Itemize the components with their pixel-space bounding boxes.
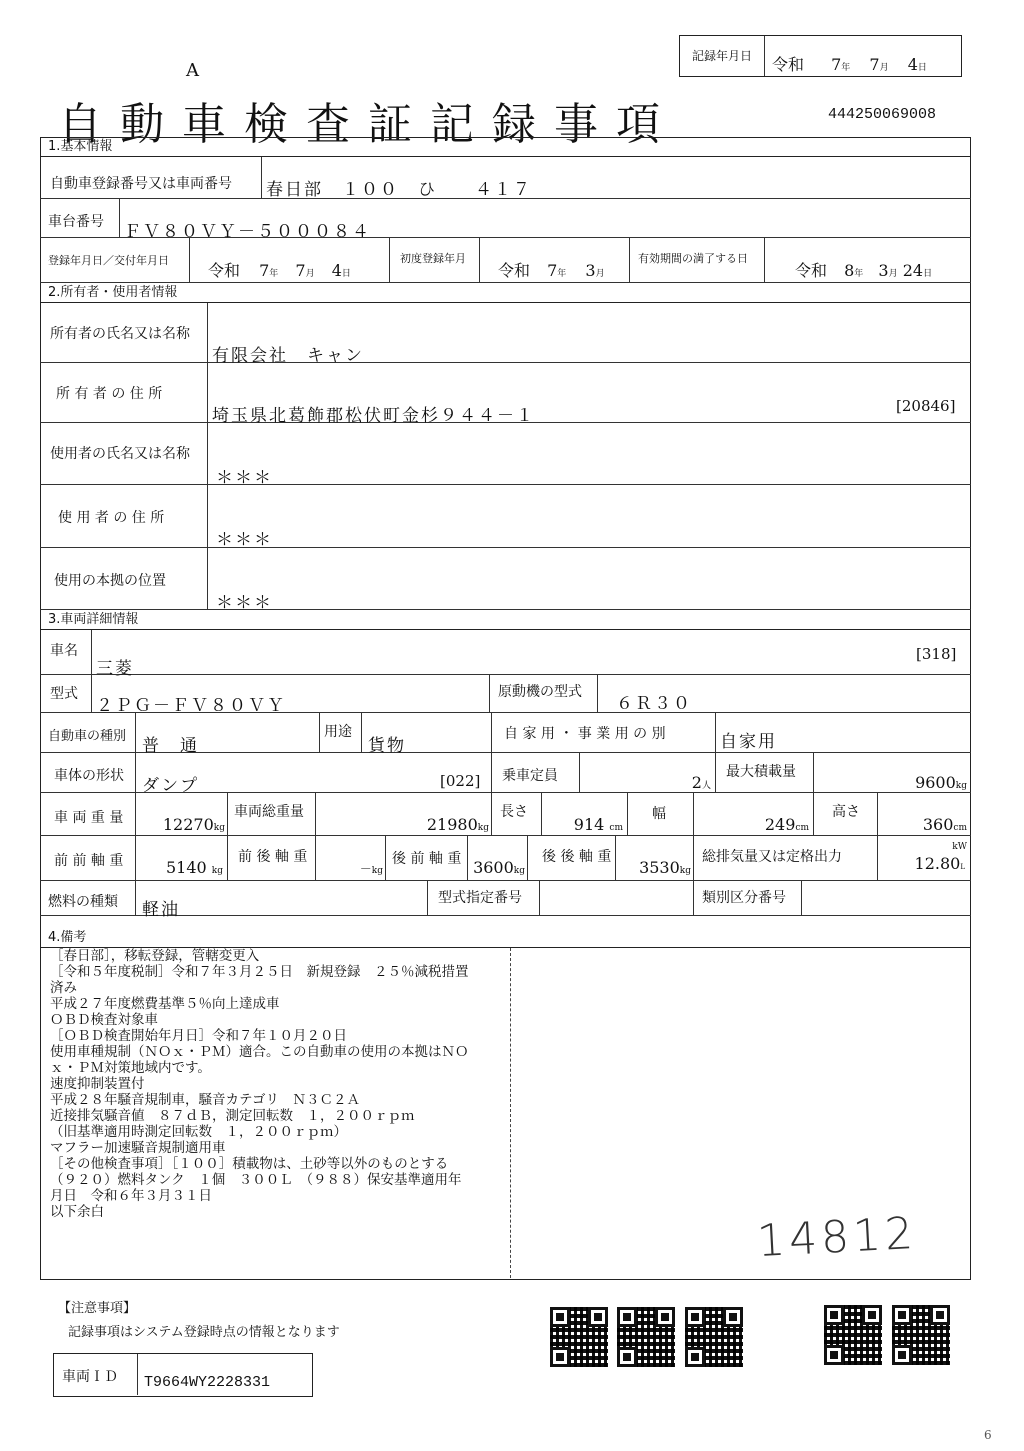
month: 7 — [869, 55, 879, 74]
expiry-date: 令和 8年 3月 24日 — [765, 238, 971, 283]
record-date-label: 記録年月日 — [680, 36, 765, 76]
reg-number-label: 自動車登録番号又は車両番号 — [40, 157, 262, 199]
vehicle-id-box: 車両ＩＤ T9664WY2228331 — [53, 1353, 313, 1397]
maker-code: [318] — [916, 645, 956, 663]
year: 7 — [259, 261, 269, 280]
unit: kg — [514, 866, 525, 876]
unit: kg — [956, 781, 967, 791]
remark-line: 近接排気騒音値 ８７ｄＢ，測定回転数 １，２００ｒｐｍ — [50, 1108, 510, 1124]
gross-weight-label: 車両総重量 — [228, 793, 316, 836]
type-designation-label: 型式指定番号 — [428, 881, 540, 916]
first-reg-date: 令和 7年 3月 — [480, 238, 630, 283]
remark-line: （旧基準適用時測定回転数 １，２００ｒｐｍ） — [50, 1124, 510, 1140]
displacement-label: 総排気量又は定格出力 — [694, 836, 878, 881]
era: 令和 — [498, 261, 530, 280]
body-shape-code: [022] — [440, 772, 480, 790]
section-basic-info-title: 1.基本情報 — [40, 137, 970, 157]
remark-line: 月日 令和６年３月３１日 — [50, 1188, 510, 1204]
reg-date: 令和 7年 7月 4日 — [190, 238, 390, 283]
remark-line: ［ＯＢＤ検査開始年月日］令和７年１０月２０日 — [50, 1028, 510, 1044]
base-location-label: 使用の本拠の位置 — [40, 548, 208, 610]
remark-line: 速度抑制装置付 — [50, 1076, 510, 1092]
unit: 年 — [854, 269, 863, 279]
unit: kg — [680, 866, 691, 876]
unit: 年 — [841, 63, 850, 73]
owner-name-label: 所有者の氏名又は名称 — [40, 303, 208, 363]
rr-axle-value: 3530 — [639, 858, 680, 877]
day: 24 — [903, 261, 923, 280]
type-designation — [540, 881, 694, 916]
record-date: 令和 7年 7月 4日 — [772, 52, 927, 75]
engine-label: 原動機の型式 — [490, 675, 598, 713]
rr-axle-weight: 3530kg — [616, 836, 694, 881]
vehicle-weight: 12270kg — [136, 793, 228, 836]
unit: kg — [478, 823, 489, 833]
remarks-divider — [510, 948, 511, 1278]
fuel-label: 燃料の種類 — [40, 881, 136, 916]
remark-line: 済み — [50, 980, 510, 996]
notes-title: 【注意事項】 — [58, 1297, 136, 1316]
year: 7 — [547, 261, 557, 280]
capacity-value: 2 — [692, 773, 702, 792]
vehicle-id-label: 車両ＩＤ — [54, 1354, 138, 1395]
class-number-label: 類別区分番号 — [694, 881, 802, 916]
model-label: 型式 — [40, 675, 92, 713]
fr-axle-label: 前 後 軸 重 — [228, 836, 316, 881]
remark-line: 使用車種規制（ＮＯｘ・ＰＭ）適合。この自動車の使用の本拠はＮＯ — [50, 1044, 510, 1060]
length: 914 cm — [542, 793, 628, 836]
section-remarks-title: 4.備考 — [40, 928, 970, 948]
maker-label: 車名 — [40, 630, 92, 675]
fr-axle-value: － — [360, 862, 372, 876]
chassis-label: 車台番号 — [40, 199, 120, 238]
month: 3 — [585, 261, 595, 280]
ff-axle-label: 前 前 軸 重 — [40, 836, 136, 881]
unit: 日 — [923, 269, 932, 279]
length-value: 914 — [574, 815, 605, 834]
width-label: 幅 — [628, 793, 694, 836]
body-shape: ダンプ — [136, 753, 492, 793]
unit: 日 — [342, 269, 351, 279]
month: 7 — [295, 261, 305, 280]
displacement: kW 12.80L — [878, 836, 971, 881]
max-load: 9600kg — [814, 753, 971, 793]
gross-value: 21980 — [427, 815, 478, 834]
remark-line: （９２０）燃料タンク １個 ３００Ｌ （９８８）保安基準適用年 — [50, 1172, 510, 1188]
remark-line: 平成２７年度燃費基準５％向上達成車 — [50, 996, 510, 1012]
expiry-label: 有効期間の満了する日 — [630, 238, 765, 283]
weight-value: 12270 — [163, 815, 214, 834]
document-number: 444250069008 — [828, 106, 936, 123]
owner-name: 有限会社 キャン — [208, 303, 971, 363]
remark-line: ｘ・ＰＭ対策地域内です。 — [50, 1060, 510, 1076]
class-number — [802, 881, 971, 916]
rr-axle-label: 後 後 軸 重 — [528, 836, 616, 881]
engine-model: ６Ｒ３０ — [598, 675, 971, 713]
body-shape-label: 車体の形状 — [40, 753, 136, 793]
owner-address-label: 所 有 者 の 住 所 — [40, 363, 208, 423]
year: 7 — [831, 55, 841, 74]
era: 令和 — [208, 261, 240, 280]
kind-label: 自動車の種別 — [40, 713, 136, 753]
unit-kw: kW — [952, 842, 967, 852]
remark-line: ＯＢＤ検査対象車 — [50, 1012, 510, 1028]
qr-code-2 — [617, 1307, 675, 1367]
width: 249cm — [694, 793, 814, 836]
base-location: ＊＊＊ — [208, 548, 971, 610]
unit: kg — [372, 866, 383, 876]
unit: kg — [212, 866, 223, 876]
unit: cm — [953, 823, 967, 833]
user-name-label: 使用者の氏名又は名称 — [40, 423, 208, 485]
rf-axle-weight: 3600kg — [468, 836, 528, 881]
unit: 月 — [889, 269, 898, 279]
height: 360cm — [878, 793, 971, 836]
height-label: 高さ — [814, 793, 878, 836]
ff-axle-weight: 5140 kg — [136, 836, 228, 881]
unit: 人 — [702, 781, 711, 791]
qr-code-1 — [550, 1307, 608, 1367]
width-value: 249 — [765, 815, 796, 834]
use-label: 用途 — [320, 713, 362, 753]
rf-axle-label: 後 前 軸 重 — [386, 836, 468, 881]
unit: kg — [214, 823, 225, 833]
capacity: 2人 — [580, 753, 716, 793]
gross-weight: 21980kg — [316, 793, 492, 836]
private-business: 自家用 — [716, 713, 971, 753]
fuel-type: 軽油 — [136, 881, 428, 916]
qr-code-5 — [892, 1305, 950, 1365]
era: 令和 — [795, 261, 827, 280]
page-mark: 6 — [984, 1428, 992, 1442]
day: 4 — [332, 261, 342, 280]
vehicle-id: T9664WY2228331 — [144, 1374, 270, 1391]
first-reg-label: 初度登録年月 — [390, 238, 480, 283]
month: 3 — [878, 261, 888, 280]
remark-line: ［その他検査事項］［１００］積載物は、土砂等以外のものとする — [50, 1156, 510, 1172]
record-date-box: 記録年月日 令和 7年 7月 4日 — [679, 35, 962, 77]
kind: 普 通 — [136, 713, 320, 753]
section-vehicle-detail-title: 3.車両詳細情報 — [40, 610, 970, 630]
owner-address: 埼玉県北葛飾郡松伏町金杉９４４－１ — [208, 363, 971, 423]
max-load-label: 最大積載量 — [716, 753, 814, 793]
capacity-label: 乗車定員 — [492, 753, 580, 793]
qr-code-4 — [824, 1305, 882, 1365]
rf-axle-value: 3600 — [473, 858, 514, 877]
remark-line: 平成２８年騒音規制車，騒音カテゴリ Ｎ３Ｃ２Ａ — [50, 1092, 510, 1108]
unit: 月 — [596, 269, 605, 279]
fr-axle-weight: －kg — [316, 836, 386, 881]
remark-line: ［令和５年度税制］令和７年３月２５日 新規登録 ２５％減税措置 — [50, 964, 510, 980]
remark-line: 以下余白 — [50, 1204, 510, 1220]
handwritten-number: 14812 — [756, 1208, 918, 1267]
year: 8 — [844, 261, 854, 280]
unit: 年 — [269, 269, 278, 279]
user-address-label: 使 用 者 の 住 所 — [40, 485, 208, 548]
unit: cm — [795, 823, 809, 833]
unit: cm — [609, 823, 623, 833]
unit: 年 — [557, 269, 566, 279]
unit-liter: L — [960, 863, 965, 871]
model: ２ＰＧ－ＦＶ８０ＶＹ — [92, 675, 490, 713]
chassis-number: ＦＶ８０ＶＹ－５０００８４ — [120, 199, 971, 238]
reg-date-label: 登録年月日／交付年月日 — [40, 238, 190, 283]
ff-axle-value: 5140 — [166, 858, 207, 877]
user-name: ＊＊＊ — [208, 423, 971, 485]
remarks-text: ［春日部］，移転登録，管轄変更入［令和５年度税制］令和７年３月２５日 新規登録 … — [50, 948, 510, 1220]
displacement-value: 12.80 — [915, 854, 961, 873]
unit: 月 — [880, 63, 889, 73]
owner-address-code: [20846] — [896, 397, 955, 415]
max-load-value: 9600 — [915, 773, 956, 792]
era: 令和 — [772, 55, 804, 74]
private-label: 自 家 用 ・ 事 業 用 の 別 — [492, 713, 716, 753]
unit: 月 — [306, 269, 315, 279]
weight-label: 車 両 重 量 — [40, 793, 136, 836]
length-label: 長さ — [492, 793, 542, 836]
corner-letter: A — [186, 60, 199, 81]
reg-number: 春日部 １００ ひ ４１７ — [262, 157, 971, 199]
maker: 三菱 — [92, 630, 971, 675]
qr-code-3 — [685, 1307, 743, 1367]
remark-line: マフラー加速騒音規制適用車 — [50, 1140, 510, 1156]
unit: 日 — [918, 63, 927, 73]
day: 4 — [908, 55, 918, 74]
height-value: 360 — [923, 815, 954, 834]
remark-line: ［春日部］，移転登録，管轄変更入 — [50, 948, 510, 964]
user-address: ＊＊＊ — [208, 485, 971, 548]
use: 貨物 — [362, 713, 492, 753]
section-owner-info-title: 2.所有者・使用者情報 — [40, 283, 970, 303]
notes-text: 記録事項はシステム登録時点の情報となります — [68, 1321, 340, 1340]
